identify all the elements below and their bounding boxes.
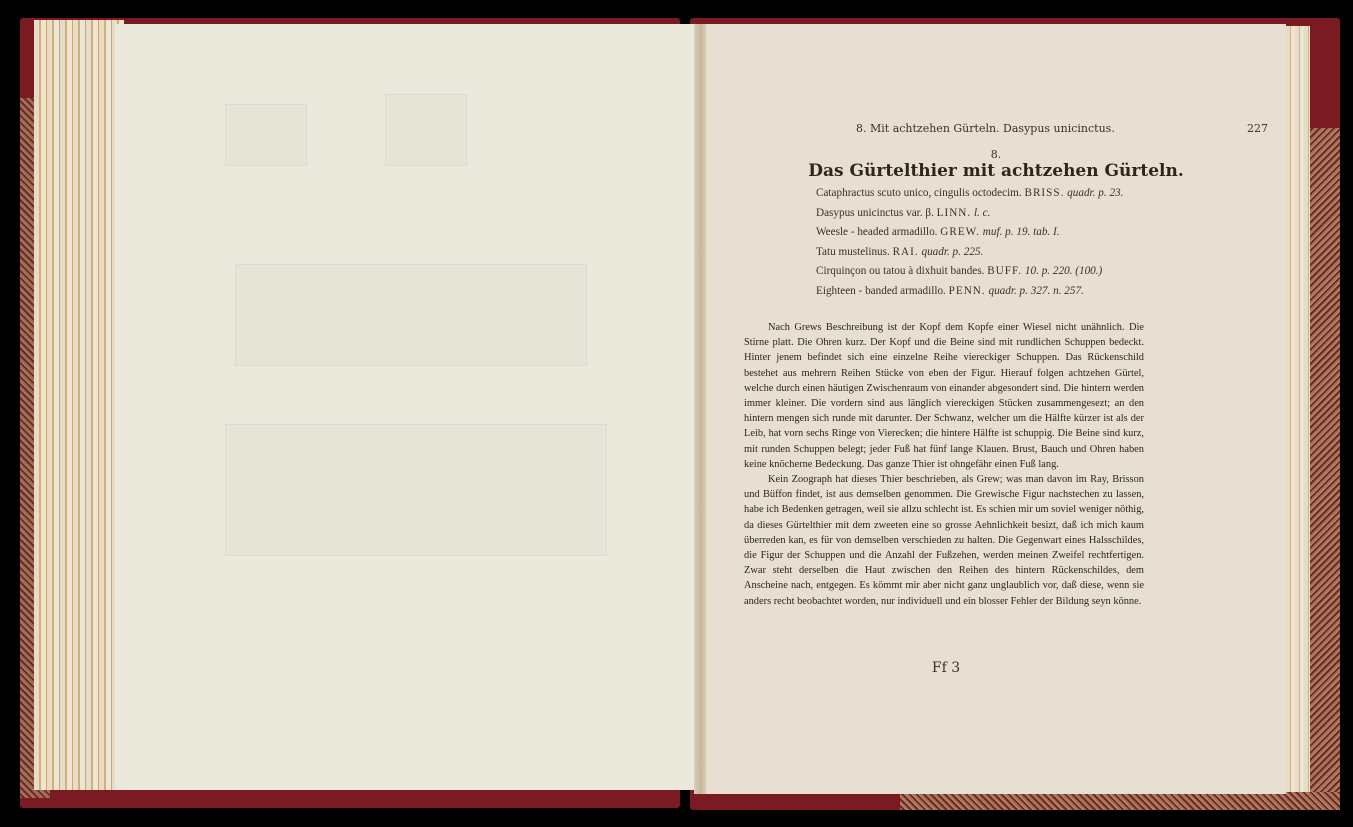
body-text: Nach Grews Beschreibung ist der Kopf dem… — [744, 320, 1144, 609]
page-edges-right — [1286, 26, 1310, 792]
section-title: Das Gürtelthier mit achtzehen Gürteln. — [706, 161, 1286, 181]
running-head: 8. Mit achtzehen Gürteln. Dasypus unicin… — [856, 122, 1268, 135]
marbled-board-right — [1308, 128, 1340, 798]
synonym-entry: Cirquinçon ou tatou à dixhuit bandes. BU… — [816, 262, 1286, 282]
synonym-list: Cataphractus scuto unico, cingulis octod… — [816, 184, 1286, 301]
synonym-entry: Cataphractus scuto unico, cingulis octod… — [816, 184, 1286, 204]
show-through-plate — [225, 424, 607, 556]
running-head-title: 8. Mit achtzehen Gürteln. Dasypus unicin… — [856, 122, 1115, 135]
synonym-entry: Eighteen - banded armadillo. PENN. quadr… — [816, 282, 1286, 302]
synonym-entry: Dasypus unicinctus var. β. LINN. l. c. — [816, 204, 1286, 224]
marbled-board-bottom — [900, 792, 1340, 810]
synonym-entry: Tatu mustelinus. RAI. quadr. p. 225. — [816, 243, 1286, 263]
show-through-plate — [235, 264, 587, 366]
left-page-blank — [115, 24, 697, 790]
show-through-plate — [225, 104, 307, 166]
page-number: 227 — [1247, 122, 1268, 135]
synonym-entry: Weesle - headed armadillo. GREW. muf. p.… — [816, 223, 1286, 243]
page-edges-left — [34, 20, 124, 790]
paragraph: Nach Grews Beschreibung ist der Kopf dem… — [744, 320, 1144, 472]
signature-mark: Ff 3 — [706, 660, 1186, 676]
section-number: 8. — [706, 148, 1286, 161]
right-page: 8. Mit achtzehen Gürteln. Dasypus unicin… — [706, 24, 1286, 794]
paragraph: Kein Zoograph hat dieses Thier beschrieb… — [744, 472, 1144, 609]
show-through-plate — [385, 94, 467, 166]
